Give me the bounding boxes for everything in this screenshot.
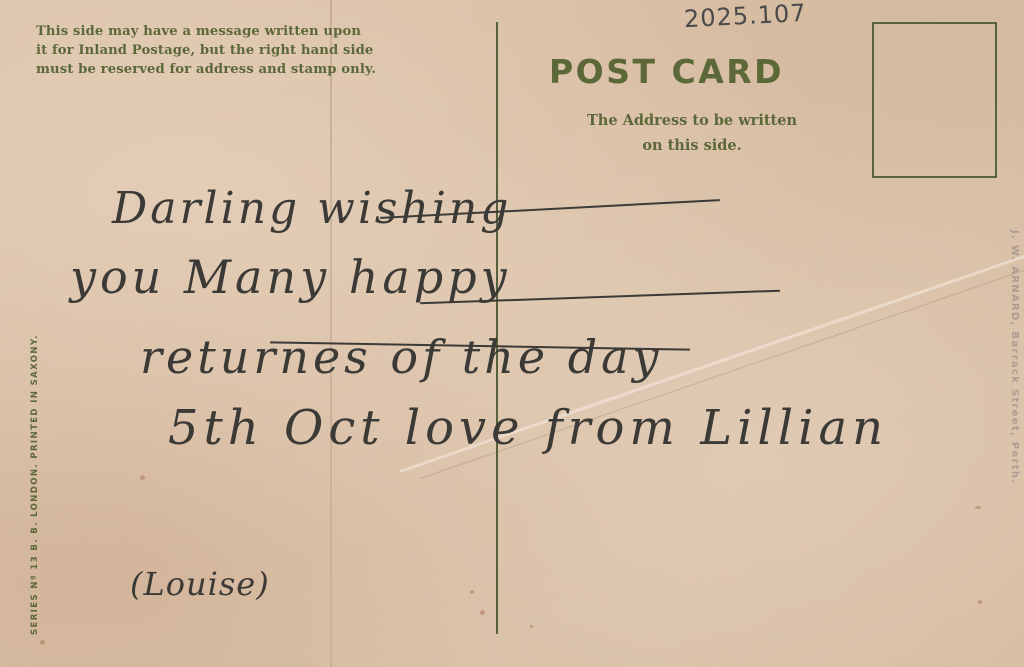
message-note-line: This side may have a message written upo… (36, 22, 456, 41)
handwritten-line-1: Darling wishing (112, 183, 511, 234)
foxing-spot (470, 590, 474, 594)
handwritten-line-4: 5th Oct love from Lillian (168, 400, 888, 456)
message-note-line: must be reserved for address and stamp o… (36, 60, 456, 79)
foxing-spot (480, 610, 485, 615)
address-note-line: on this side. (552, 133, 832, 158)
handwritten-signoff: (Louise) (130, 565, 270, 603)
message-side-instructions: This side may have a message written upo… (36, 22, 456, 79)
foxing-spot (975, 506, 981, 509)
address-side-instructions: The Address to be written on this side. (552, 108, 832, 158)
foxing-spot (530, 625, 533, 628)
foxing-spot (140, 475, 145, 480)
handwritten-line-3: returnes of the day (140, 330, 663, 384)
message-note-line: it for Inland Postage, but the right han… (36, 41, 456, 60)
retailer-imprint: J. W. ARNARD, Barrack Street, Perth. (1009, 230, 1020, 484)
postcard-back: 2025.107 This side may have a message wr… (0, 0, 1024, 667)
center-divider-line (496, 22, 498, 634)
handwritten-line-2: you Many happy (70, 250, 511, 304)
archive-number: 2025.107 (683, 0, 807, 33)
publisher-imprint: SERIES Nº 13 B. B. LONDON. PRINTED IN SA… (30, 334, 40, 635)
stamp-box (872, 22, 997, 178)
post-card-title: POST CARD (549, 52, 784, 91)
foxing-spot (978, 600, 982, 604)
foxing-spot (40, 640, 45, 645)
address-note-line: The Address to be written (552, 108, 832, 133)
